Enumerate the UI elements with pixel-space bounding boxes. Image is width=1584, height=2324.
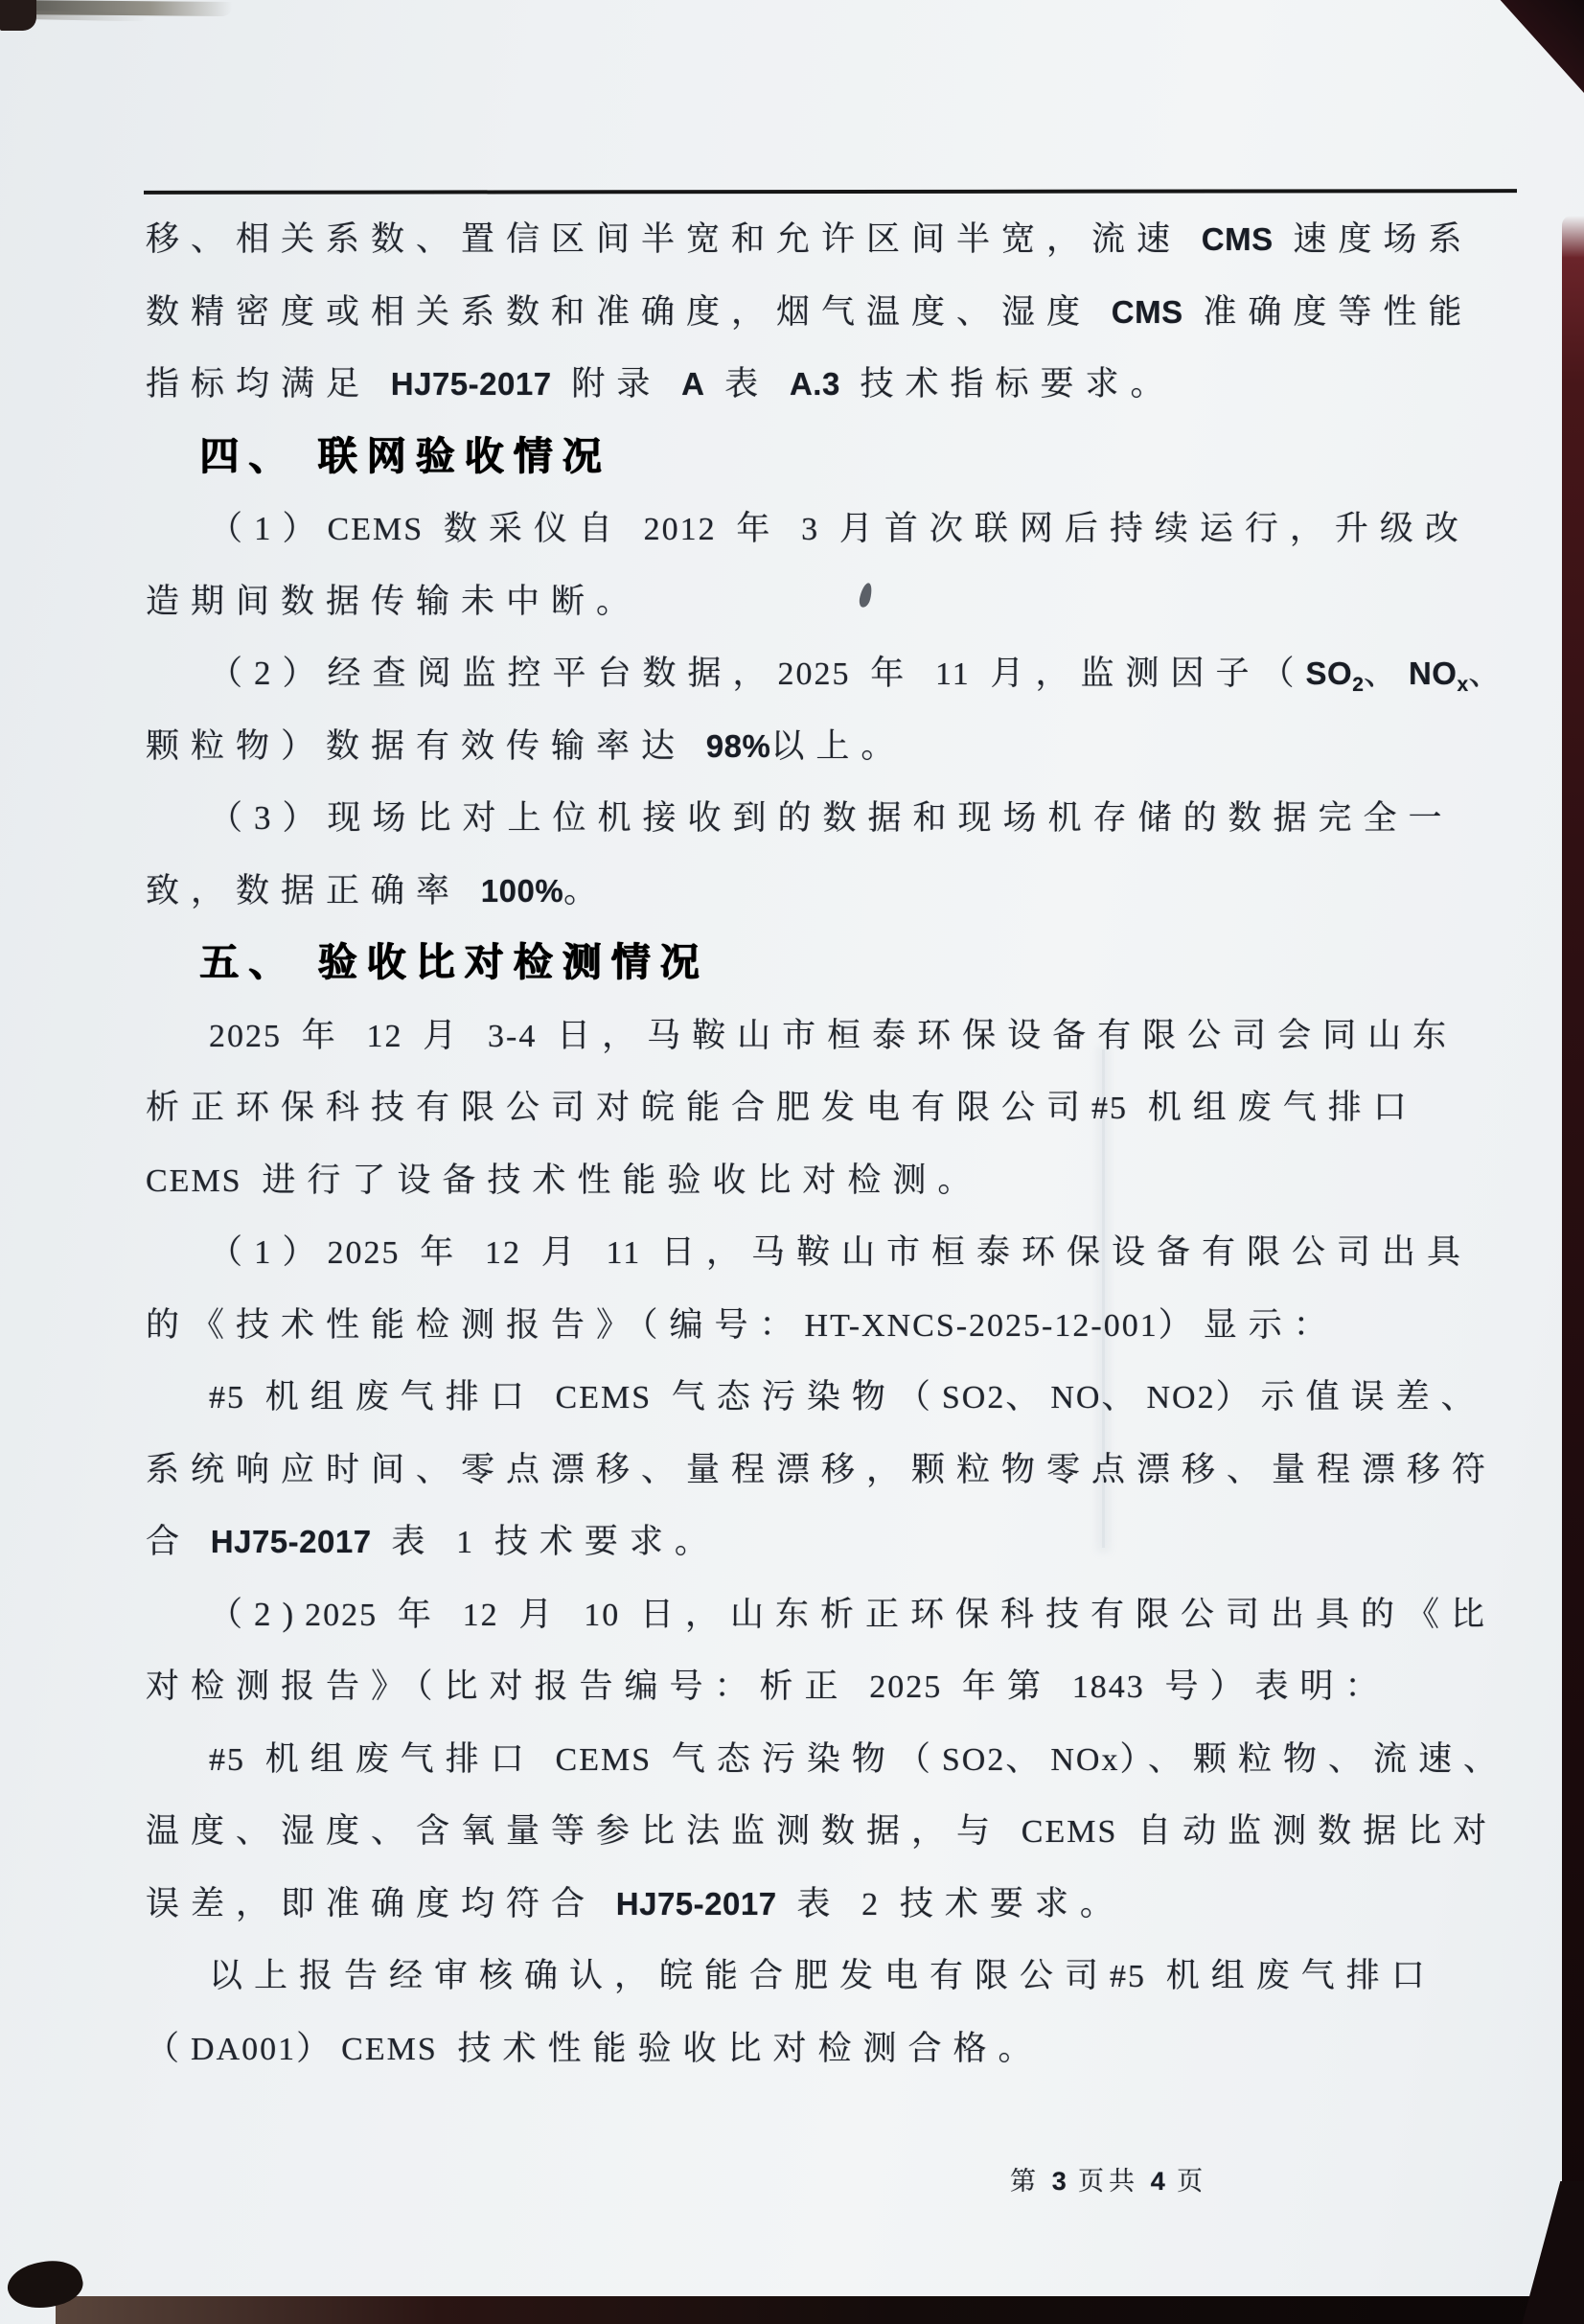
- latin-text-run: CEMS: [556, 1380, 653, 1415]
- latin-text-run: CEMS: [146, 1163, 242, 1199]
- latin-text-run: 2025: [305, 1598, 378, 1633]
- text-line: （1）2025 年 12 月 11 日，马鞍山市桓泰环保设备有限公司出具: [146, 1216, 1451, 1289]
- latin-text-run: SO2: [942, 1380, 1005, 1415]
- cjk-text-run: 机组废气排口: [1146, 1957, 1436, 1994]
- cjk-text-run: 年: [717, 510, 802, 547]
- text-line: （1）CEMS 数采仪自 2012 年 3 月首次联网后持续运行，升级改: [146, 493, 1451, 565]
- latin-text-run: CMS: [1202, 221, 1274, 257]
- cjk-text-run: （: [146, 2030, 191, 2067]
- text-line: 2025 年 12 月 3-4 日，马鞍山市桓泰环保设备有限公司会同山东: [146, 1000, 1451, 1072]
- latin-text-run: NOx: [1050, 1742, 1119, 1778]
- cjk-text-run: 、: [1005, 1378, 1050, 1415]
- latin-text-run: HJ75-2017: [211, 1524, 372, 1559]
- cjk-text-run: 合: [146, 1523, 211, 1560]
- cjk-text-run: 表: [704, 365, 790, 403]
- cjk-text-run: ）: [296, 2030, 341, 2067]
- text-line: 误差，即准确度均符合 HJ75-2017 表 2 技术要求。: [146, 1868, 1451, 1941]
- cjk-text-run: 数采仪自: [424, 510, 644, 547]
- text-line: （3）现场比对上位机接收到的数据和现场机存储的数据完全一: [146, 782, 1451, 855]
- cjk-text-run: 速度场系: [1274, 220, 1474, 258]
- cjk-text-run: 气态污染物（: [652, 1378, 942, 1415]
- cjk-text-run: （1）: [209, 510, 328, 547]
- text-line: 以上报告经审核确认，皖能合肥发电有限公司#5 机组废气排口: [146, 1940, 1451, 2013]
- cjk-text-run: 表: [777, 1885, 862, 1922]
- cjk-text-run: ）显示：: [1159, 1306, 1339, 1344]
- text-line: #5 机组废气排口 CEMS 气态污染物（SO2、NOx）、颗粒物、流速、: [146, 1723, 1451, 1796]
- cjk-text-run: 四、 联网验收情况: [199, 434, 610, 478]
- scan-artifact-right-edge-strip: [1562, 216, 1584, 2324]
- latin-text-run: 2: [861, 1887, 880, 1922]
- text-line: 指标均满足 HJ75-2017 附录 A 表 A.3 技术指标要求。: [146, 348, 1451, 421]
- text-line: （DA001）CEMS 技术性能验收比对检测合格。: [146, 2013, 1451, 2085]
- text-line: 的《技术性能检测报告》（编号：HT-XNCS-2025-12-001）显示：: [146, 1289, 1451, 1362]
- latin-text-run: 100%: [481, 873, 563, 909]
- latin-text-run: CEMS: [556, 1742, 653, 1778]
- cjk-text-run: ）、颗粒物、流速、: [1119, 1740, 1508, 1778]
- latin-text-run: CMS: [1112, 294, 1183, 330]
- cjk-text-run: 页共: [1067, 2167, 1151, 2196]
- cjk-text-run: 年: [401, 1233, 486, 1271]
- scan-artifact-top-right-corner: [1493, 0, 1584, 93]
- text-line: #5 机组废气排口 CEMS 气态污染物（SO2、NO、NO2）示值误差、: [146, 1361, 1451, 1434]
- cjk-text-run: 第: [1010, 2167, 1052, 2196]
- latin-text-run: HJ75-2017: [616, 1886, 777, 1921]
- latin-text-run: NO2: [1146, 1380, 1215, 1415]
- latin-text-run: CEMS: [1022, 1814, 1118, 1850]
- cjk-text-run: 颗粒物）数据有效传输率达: [146, 727, 706, 765]
- latin-text-run: DA001: [191, 2032, 296, 2067]
- latin-text-run: SO: [1306, 656, 1353, 691]
- cjk-text-run: 月: [403, 1017, 489, 1054]
- latin-text-run: #5: [209, 1742, 245, 1778]
- text-line: 造期间数据传输未中断。: [146, 565, 1451, 638]
- cjk-text-run: 的《技术性能检测报告》（编号：: [146, 1306, 805, 1344]
- latin-text-run: 3-4: [488, 1019, 537, 1054]
- latin-text-run: 11: [935, 656, 971, 692]
- text-line: 移、相关系数、置信区间半宽和允许区间半宽，流速 CMS 速度场系: [146, 203, 1451, 276]
- latin-text-run: HJ75-2017: [391, 366, 552, 402]
- cjk-text-run: 气态污染物（: [652, 1740, 942, 1778]
- cjk-text-run: 月首次联网后持续运行，升级改: [819, 510, 1470, 547]
- latin-text-run: 1843: [1072, 1669, 1145, 1705]
- cjk-text-run: 指标均满足: [146, 365, 391, 403]
- text-line: （2）经查阅监控平台数据，2025 年 11 月，监测因子（SO2、NOx、: [146, 637, 1451, 710]
- cjk-text-run: 月，监测因子（: [971, 655, 1306, 692]
- latin-text-run: 4: [1151, 2167, 1166, 2196]
- scan-artifact-bottom-edge-strip: [56, 2296, 1584, 2324]
- section-heading: 五、 验收比对检测情况: [146, 927, 1451, 1000]
- cjk-text-run: 析正环保科技有限公司对皖能合肥发电有限公司: [146, 1089, 1091, 1126]
- cjk-text-run: 、: [1364, 655, 1409, 692]
- cjk-text-run: 移、相关系数、置信区间半宽和允许区间半宽，流速: [146, 220, 1202, 258]
- cjk-text-run: 年: [851, 655, 936, 692]
- text-line: 对检测报告》（比对报告编号：析正 2025 年第 1843 号）表明：: [146, 1650, 1451, 1723]
- latin-text-run: 12: [367, 1019, 403, 1054]
- section-heading: 四、 联网验收情况: [146, 421, 1451, 494]
- cjk-text-run: 、: [1101, 1378, 1146, 1415]
- cjk-text-run: 月: [521, 1233, 607, 1271]
- latin-text-run: 2: [1352, 674, 1364, 696]
- latin-text-run: 98%: [706, 728, 771, 764]
- cjk-text-run: 年: [378, 1596, 463, 1633]
- latin-text-run: x: [1457, 674, 1468, 696]
- latin-text-run: 3: [801, 512, 819, 547]
- latin-text-run: 2025: [328, 1235, 401, 1271]
- cjk-text-run: 以上报告经审核确认，皖能合肥发电有限公司: [209, 1957, 1110, 1994]
- latin-text-run: 2025: [778, 656, 851, 692]
- cjk-text-run: 造期间数据传输未中断。: [146, 583, 641, 620]
- cjk-text-run: 误差，即准确度均符合: [146, 1885, 616, 1922]
- cjk-text-run: 月: [499, 1596, 585, 1633]
- cjk-text-run: 系统响应时间、零点漂移、量程漂移，颗粒物零点漂移、量程漂移符: [146, 1451, 1497, 1488]
- header-rule: [144, 189, 1517, 195]
- cjk-text-run: 号）表明：: [1145, 1668, 1390, 1705]
- cjk-text-run: 对检测报告》（比对报告编号：析正: [146, 1668, 869, 1705]
- cjk-text-run: 年第: [942, 1668, 1072, 1705]
- cjk-text-run: 准确度等性能: [1183, 293, 1474, 331]
- cjk-text-run: （2）经查阅监控平台数据，: [209, 655, 778, 692]
- text-line: 析正环保科技有限公司对皖能合肥发电有限公司#5 机组废气排口: [146, 1071, 1451, 1144]
- latin-text-run: #5: [1091, 1091, 1128, 1126]
- text-line: 数精密度或相关系数和准确度，烟气温度、湿度 CMS 准确度等性能: [146, 276, 1451, 349]
- scanned-document-page: 移、相关系数、置信区间半宽和允许区间半宽，流速 CMS 速度场系数精密度或相关系…: [0, 0, 1584, 2324]
- latin-text-run: 10: [584, 1598, 620, 1633]
- cjk-text-run: 日，马鞍山市桓泰环保设备有限公司会同山东: [537, 1017, 1458, 1054]
- cjk-text-run: 日，山东析正环保科技有限公司出具的《比: [620, 1596, 1496, 1633]
- latin-text-run: HT-XNCS-2025-12-001: [805, 1308, 1159, 1344]
- cjk-text-run: 页: [1165, 2167, 1207, 2196]
- cjk-text-run: 技术要求。: [880, 1885, 1125, 1922]
- cjk-text-run: 机组废气排口: [245, 1740, 556, 1778]
- text-line: 颗粒物）数据有效传输率达 98%以上。: [146, 710, 1451, 783]
- cjk-text-run: 附录: [552, 365, 682, 403]
- latin-text-run: CEMS: [341, 2032, 438, 2067]
- cjk-text-run: 年: [282, 1017, 367, 1054]
- cjk-text-run: 技术指标要求。: [840, 365, 1176, 403]
- text-line: 致，数据正确率 100%。: [146, 855, 1451, 928]
- latin-text-run: 3: [1052, 2167, 1067, 2196]
- cjk-text-run: 日，马鞍山市桓泰环保设备有限公司出具: [641, 1233, 1472, 1271]
- cjk-text-run: 自动监测数据比对: [1117, 1812, 1498, 1850]
- cjk-text-run: 机组废气排口: [245, 1378, 556, 1415]
- latin-text-run: 1: [456, 1525, 474, 1560]
- cjk-text-run: （2): [209, 1596, 305, 1633]
- cjk-text-run: 进行了设备技术性能验收比对检测。: [242, 1162, 983, 1199]
- document-body: 移、相关系数、置信区间半宽和允许区间半宽，流速 CMS 速度场系数精密度或相关系…: [146, 203, 1451, 2084]
- text-line: 合 HJ75-2017 表 1 技术要求。: [146, 1506, 1451, 1578]
- cjk-text-run: 温度、湿度、含氧量等参比法监测数据，与: [146, 1812, 1022, 1850]
- cjk-text-run: 、: [1005, 1740, 1050, 1778]
- cjk-text-run: 以上。: [770, 727, 906, 765]
- latin-text-run: SO2: [942, 1742, 1005, 1778]
- page-footer: 第 3 页共 4 页: [1010, 2160, 1207, 2197]
- cjk-text-run: 。: [563, 872, 608, 909]
- latin-text-run: 2012: [644, 512, 717, 547]
- latin-text-run: 11: [607, 1235, 642, 1271]
- latin-text-run: 2025: [209, 1019, 282, 1054]
- text-line: CEMS 进行了设备技术性能验收比对检测。: [146, 1144, 1451, 1217]
- text-line: 系统响应时间、零点漂移、量程漂移，颗粒物零点漂移、量程漂移符: [146, 1434, 1451, 1507]
- scan-artifact-top-left-blob: [0, 0, 36, 31]
- latin-text-run: A.3: [790, 366, 840, 402]
- cjk-text-run: 机组废气排口: [1128, 1089, 1418, 1126]
- latin-text-run: NO: [1409, 656, 1458, 691]
- cjk-text-run: （1）: [209, 1233, 328, 1271]
- scan-artifact-bottom-right-corner: [1522, 2181, 1584, 2324]
- cjk-text-run: 五、 验收比对检测情况: [199, 940, 708, 984]
- cjk-text-run: （3）现场比对上位机接收到的数据和现场机存储的数据完全一: [209, 799, 1454, 837]
- latin-text-run: #5: [1110, 1959, 1146, 1994]
- cjk-text-run: ）示值误差、: [1216, 1378, 1486, 1415]
- latin-text-run: CEMS: [328, 512, 425, 547]
- cjk-text-run: 表: [372, 1523, 457, 1560]
- latin-text-run: 12: [485, 1235, 521, 1271]
- cjk-text-run: 技术要求。: [474, 1523, 720, 1560]
- cjk-text-run: 数精密度或相关系数和准确度，烟气温度、湿度: [146, 293, 1112, 331]
- cjk-text-run: 、: [1468, 655, 1513, 692]
- latin-text-run: 2025: [869, 1669, 942, 1705]
- latin-text-run: #5: [209, 1380, 245, 1415]
- cjk-text-run: 致，数据正确率: [146, 872, 481, 909]
- text-line: 温度、湿度、含氧量等参比法监测数据，与 CEMS 自动监测数据比对: [146, 1795, 1451, 1868]
- latin-text-run: NO: [1050, 1380, 1101, 1415]
- latin-text-run: A: [681, 366, 704, 402]
- latin-text-run: 12: [463, 1598, 499, 1633]
- cjk-text-run: 技术性能验收比对检测合格。: [438, 2030, 1044, 2067]
- text-line: （2)2025 年 12 月 10 日，山东析正环保科技有限公司出具的《比: [146, 1578, 1451, 1651]
